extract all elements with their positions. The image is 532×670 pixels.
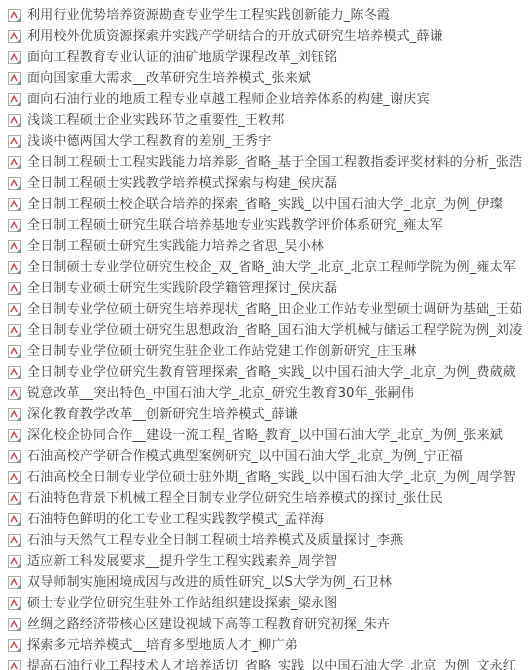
pdf-file-icon[interactable]: [8, 301, 21, 314]
file-row[interactable]: 适应新工科发展要求__提升学生工程实践素养_周学智: [8, 549, 532, 570]
pdf-file-icon[interactable]: [8, 28, 21, 41]
file-row[interactable]: 全日制专业学位硕士研究生驻企业工作站党建工作创新研究_庄玉琳: [8, 339, 532, 360]
pdf-file-icon[interactable]: [8, 70, 21, 83]
file-row[interactable]: 锐意改革__突出特色_中国石油大学_北京_研究生教育30年_张嗣伟: [8, 381, 532, 402]
file-title[interactable]: 提高石油行业工程技术人才培养适切_省略_实践_以中国石油大学_北京_为例_文永红: [27, 655, 516, 670]
file-title[interactable]: 面向国家重大需求__改革研究生培养模式_张来斌: [27, 67, 311, 86]
file-title[interactable]: 全日制专业学位研究生教育管理探索_省略_实践_以中国石油大学_北京_为例_费葳葳: [27, 361, 516, 380]
file-title[interactable]: 锐意改革__突出特色_中国石油大学_北京_研究生教育30年_张嗣伟: [27, 382, 414, 401]
file-row[interactable]: 石油高校产学研合作模式典型案例研究_以中国石油大学_北京_为例_宁正福: [8, 444, 532, 465]
pdf-file-icon[interactable]: [8, 658, 21, 670]
pdf-file-icon[interactable]: [8, 91, 21, 104]
pdf-file-icon[interactable]: [8, 196, 21, 209]
pdf-file-icon[interactable]: [8, 616, 21, 629]
pdf-file-icon[interactable]: [8, 553, 21, 566]
file-title[interactable]: 全日制工程硕士工程实践能力培养影_省略_基于全国工程教指委评奖材料的分析_张浩: [27, 151, 522, 170]
pdf-file-icon[interactable]: [8, 175, 21, 188]
pdf-file-icon[interactable]: [8, 364, 21, 377]
file-row[interactable]: 全日制专业硕士研究生实践阶段学籍管理探讨_侯庆磊: [8, 276, 532, 297]
file-list: 利用行业优势培养资源勘查专业学生工程实践创新能力_陈冬霞 利用校外优质资源探索并…: [0, 0, 532, 670]
pdf-file-icon[interactable]: [8, 238, 21, 251]
file-title[interactable]: 浅谈工程硕士企业实践环节之重要性_王敉邦: [27, 109, 285, 128]
file-row[interactable]: 探索多元培养模式__培育多型地质人才_柳广弟: [8, 633, 532, 654]
file-title[interactable]: 石油与天然气工程专业全日制工程硕士培养模式及质量探讨_李燕: [27, 529, 403, 548]
pdf-file-icon[interactable]: [8, 217, 21, 230]
file-row[interactable]: 面向工程教育专业认证的油矿地质学课程改革_刘钰铭: [8, 45, 532, 66]
file-title[interactable]: 利用校外优质资源探索并实践产学研结合的开放式研究生培养模式_薛谦: [27, 25, 443, 44]
file-title[interactable]: 探索多元培养模式__培育多型地质人才_柳广弟: [27, 634, 298, 653]
file-title[interactable]: 面向石油行业的地质工程专业卓越工程师企业培养体系的构建_谢庆宾: [27, 88, 430, 107]
file-title[interactable]: 硕士专业学位研究生驻外工作站组织建设探索_梁永图: [27, 592, 337, 611]
file-title[interactable]: 浅谈中德两国大学工程教育的差别_王秀宇: [27, 130, 271, 149]
file-row[interactable]: 全日制工程硕士研究生实践能力培养之省思_吴小林: [8, 234, 532, 255]
file-row[interactable]: 面向石油行业的地质工程专业卓越工程师企业培养体系的构建_谢庆宾: [8, 87, 532, 108]
file-title[interactable]: 全日制专业硕士研究生实践阶段学籍管理探讨_侯庆磊: [27, 277, 337, 296]
file-row[interactable]: 全日制专业学位硕士研究生思想政治_省略_国石油大学机械与储运工程学院为例_刘凌: [8, 318, 532, 339]
file-row[interactable]: 提高石油行业工程技术人才培养适切_省略_实践_以中国石油大学_北京_为例_文永红: [8, 654, 532, 670]
file-row[interactable]: 利用行业优势培养资源勘查专业学生工程实践创新能力_陈冬霞: [8, 3, 532, 24]
file-title[interactable]: 石油高校全日制专业学位硕士驻外期_省略_实践_以中国石油大学_北京_为例_周学智: [27, 466, 516, 485]
file-row[interactable]: 全日制工程硕士实践教学培养模式探索与构建_侯庆磊: [8, 171, 532, 192]
pdf-file-icon[interactable]: [8, 385, 21, 398]
file-title[interactable]: 全日制工程硕士实践教学培养模式探索与构建_侯庆磊: [27, 172, 337, 191]
file-row[interactable]: 深化教育教学改革__创新研究生培养模式_薛谦: [8, 402, 532, 423]
file-title[interactable]: 双导师制实施困境成因与改进的质性研究_以S大学为例_石卫林: [27, 571, 392, 590]
file-title[interactable]: 石油特色鲜明的化工专业工程实践教学模式_孟祥海: [27, 508, 324, 527]
file-row[interactable]: 石油特色鲜明的化工专业工程实践教学模式_孟祥海: [8, 507, 532, 528]
file-title[interactable]: 全日制工程硕士校企联合培养的探索_省略_实践_以中国石油大学_北京_为例_伊璨: [27, 193, 503, 212]
pdf-file-icon[interactable]: [8, 133, 21, 146]
file-title[interactable]: 石油高校产学研合作模式典型案例研究_以中国石油大学_北京_为例_宁正福: [27, 445, 463, 464]
pdf-file-icon[interactable]: [8, 469, 21, 482]
file-title[interactable]: 适应新工科发展要求__提升学生工程实践素养_周学智: [27, 550, 338, 569]
file-title[interactable]: 深化校企协同合作__建设一流工程_省略_教育_以中国石油大学_北京_为例_张来斌: [27, 424, 503, 443]
file-title[interactable]: 丝绸之路经济带核心区建设视域下高等工程教育研究初探_朱卉: [27, 613, 390, 632]
pdf-file-icon[interactable]: [8, 448, 21, 461]
file-row[interactable]: 丝绸之路经济带核心区建设视域下高等工程教育研究初探_朱卉: [8, 612, 532, 633]
file-title[interactable]: 深化教育教学改革__创新研究生培养模式_薛谦: [27, 403, 298, 422]
pdf-file-icon[interactable]: [8, 511, 21, 524]
file-title[interactable]: 利用行业优势培养资源勘查专业学生工程实践创新能力_陈冬霞: [27, 4, 390, 23]
pdf-file-icon[interactable]: [8, 490, 21, 503]
pdf-file-icon[interactable]: [8, 280, 21, 293]
file-title[interactable]: 石油特色背景下机械工程全日制专业学位研究生培养模式的探讨_张仕民: [27, 487, 443, 506]
pdf-file-icon[interactable]: [8, 322, 21, 335]
pdf-file-icon[interactable]: [8, 637, 21, 650]
file-row[interactable]: 全日制工程硕士工程实践能力培养影_省略_基于全国工程教指委评奖材料的分析_张浩: [8, 150, 532, 171]
pdf-file-icon[interactable]: [8, 49, 21, 62]
file-row[interactable]: 石油特色背景下机械工程全日制专业学位研究生培养模式的探讨_张仕民: [8, 486, 532, 507]
file-row[interactable]: 浅谈工程硕士企业实践环节之重要性_王敉邦: [8, 108, 532, 129]
pdf-file-icon[interactable]: [8, 7, 21, 20]
pdf-file-icon[interactable]: [8, 259, 21, 272]
file-title[interactable]: 全日制专业学位硕士研究生思想政治_省略_国石油大学机械与储运工程学院为例_刘凌: [27, 319, 522, 338]
file-row[interactable]: 全日制专业学位研究生教育管理探索_省略_实践_以中国石油大学_北京_为例_费葳葳: [8, 360, 532, 381]
file-row[interactable]: 全日制硕士专业学位研究生校企_双_省略_油大学_北京_北京工程师学院为例_雍太军: [8, 255, 532, 276]
file-title[interactable]: 全日制专业学位硕士研究生培养现状_省略_田企业工作站专业型硕士调研为基础_王茹: [27, 298, 522, 317]
file-title[interactable]: 全日制工程硕士研究生联合培养基地专业实践教学评价体系研究_雍太军: [27, 214, 443, 233]
file-row[interactable]: 利用校外优质资源探索并实践产学研结合的开放式研究生培养模式_薛谦: [8, 24, 532, 45]
file-row[interactable]: 全日制工程硕士校企联合培养的探索_省略_实践_以中国石油大学_北京_为例_伊璨: [8, 192, 532, 213]
file-row[interactable]: 浅谈中德两国大学工程教育的差别_王秀宇: [8, 129, 532, 150]
file-title[interactable]: 面向工程教育专业认证的油矿地质学课程改革_刘钰铭: [27, 46, 337, 65]
file-title[interactable]: 全日制专业学位硕士研究生驻企业工作站党建工作创新研究_庄玉琳: [27, 340, 417, 359]
pdf-file-icon[interactable]: [8, 112, 21, 125]
pdf-file-icon[interactable]: [8, 406, 21, 419]
file-row[interactable]: 石油与天然气工程专业全日制工程硕士培养模式及质量探讨_李燕: [8, 528, 532, 549]
pdf-file-icon[interactable]: [8, 427, 21, 440]
file-title[interactable]: 全日制硕士专业学位研究生校企_双_省略_油大学_北京_北京工程师学院为例_雍太军: [27, 256, 516, 275]
file-row[interactable]: 硕士专业学位研究生驻外工作站组织建设探索_梁永图: [8, 591, 532, 612]
file-row[interactable]: 面向国家重大需求__改革研究生培养模式_张来斌: [8, 66, 532, 87]
file-row[interactable]: 全日制工程硕士研究生联合培养基地专业实践教学评价体系研究_雍太军: [8, 213, 532, 234]
pdf-file-icon[interactable]: [8, 343, 21, 356]
file-row[interactable]: 全日制专业学位硕士研究生培养现状_省略_田企业工作站专业型硕士调研为基础_王茹: [8, 297, 532, 318]
file-row[interactable]: 双导师制实施困境成因与改进的质性研究_以S大学为例_石卫林: [8, 570, 532, 591]
file-title[interactable]: 全日制工程硕士研究生实践能力培养之省思_吴小林: [27, 235, 324, 254]
file-row[interactable]: 石油高校全日制专业学位硕士驻外期_省略_实践_以中国石油大学_北京_为例_周学智: [8, 465, 532, 486]
pdf-file-icon[interactable]: [8, 595, 21, 608]
pdf-file-icon[interactable]: [8, 532, 21, 545]
pdf-file-icon[interactable]: [8, 154, 21, 167]
file-row[interactable]: 深化校企协同合作__建设一流工程_省略_教育_以中国石油大学_北京_为例_张来斌: [8, 423, 532, 444]
pdf-file-icon[interactable]: [8, 574, 21, 587]
